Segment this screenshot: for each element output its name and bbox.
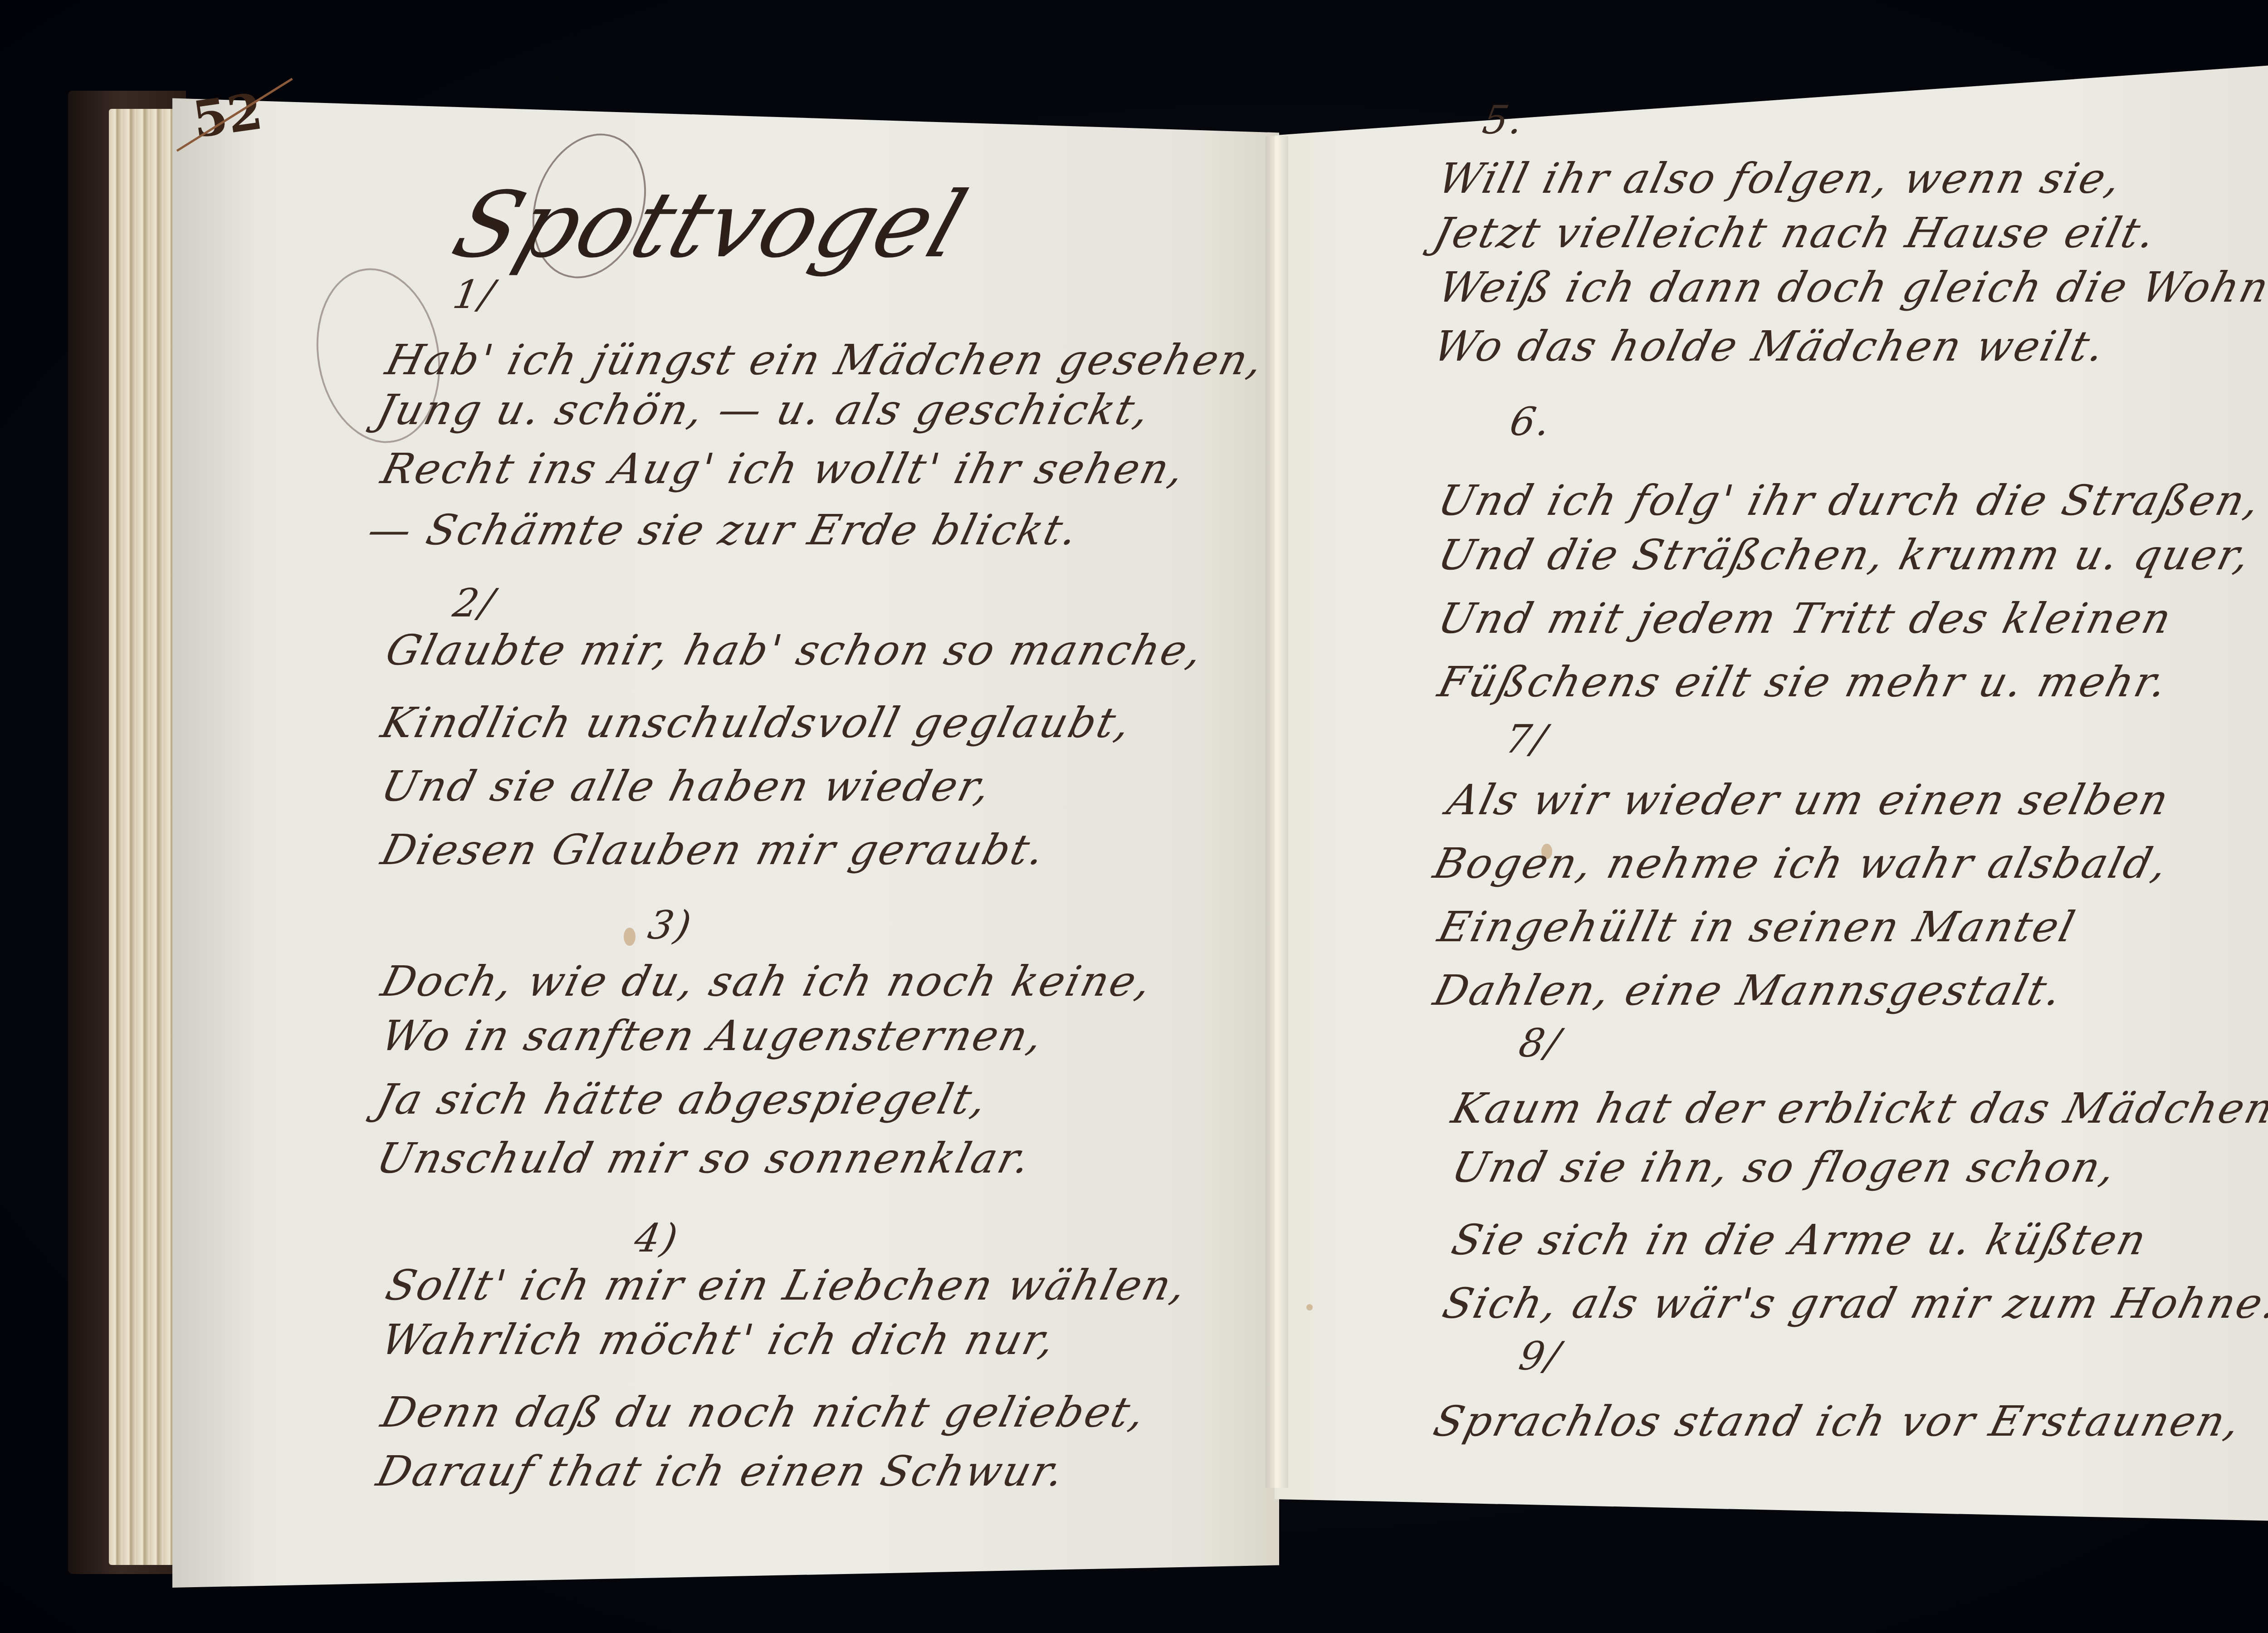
- stanza-marker: 3): [645, 903, 696, 948]
- verse-line: Füßchens eilt sie mehr u. mehr.: [1433, 658, 2174, 706]
- verse-line: Sich, als wär's grad mir zum Hohne.: [1438, 1279, 2268, 1328]
- verse-line: Jetzt vielleicht nach Hause eilt.: [1429, 209, 2162, 257]
- verse-line: Kindlich unschuldsvoll geglaubt,: [376, 699, 1137, 747]
- verse-line: Doch, wie du, sah ich noch keine,: [376, 957, 1158, 1006]
- verse-line: Sie sich in die Arme u. küßten: [1447, 1216, 2153, 1264]
- verse-line: Ja sich hätte abgespiegelt,: [372, 1075, 993, 1124]
- poem-title: Spottvogel: [441, 172, 979, 278]
- verse-line: Eingehüllt in seinen Mantel: [1433, 903, 2081, 951]
- verse-line: Diesen Glauben mir geraubt.: [376, 826, 1051, 874]
- verse-line: Wo das holde Mädchen weilt.: [1429, 322, 2111, 371]
- verse-line: Glaubte mir, hab' schon so manche,: [381, 626, 1209, 675]
- stanza-marker: 1/: [450, 272, 499, 318]
- page-number-left: 52: [189, 82, 266, 149]
- verse-line: Denn daß du noch nicht geliebet,: [376, 1388, 1152, 1437]
- verse-line: Darauf that ich einen Schwur.: [372, 1447, 1070, 1496]
- verse-line: — Schämte sie zur Erde blickt.: [363, 506, 1085, 554]
- verse-line: Dahlen, eine Mannsgestalt.: [1429, 966, 2068, 1015]
- stanza-marker: 2/: [450, 581, 499, 626]
- verse-line: Hab' ich jüngst ein Mädchen gesehen,: [381, 336, 1270, 384]
- verse-line: Will ihr also folgen, wenn sie,: [1433, 154, 2127, 203]
- verse-line: Bogen, nehme ich wahr alsbald,: [1429, 839, 2174, 888]
- stanza-marker: 9/: [1515, 1334, 1565, 1379]
- foxing-spot: [1306, 1304, 1313, 1310]
- verse-line: Und sie alle haben wieder,: [376, 762, 997, 811]
- verse-line: Und sie ihn, so flogen schon,: [1447, 1143, 2122, 1192]
- verse-line: Und mit jedem Tritt des kleinen: [1433, 594, 2178, 643]
- verse-line: Wo in sanften Augensternen,: [376, 1012, 1050, 1060]
- verse-line: Kaum hat der erblickt das Mädchen,: [1447, 1084, 2268, 1133]
- verse-line: Sprachlos stand ich vor Erstaunen,: [1429, 1397, 2247, 1446]
- verse-line: Recht ins Aug' ich wollt' ihr sehen,: [376, 445, 1191, 493]
- verse-line: Weiß ich dann doch gleich die Wohnung: [1433, 263, 2268, 312]
- page-stack-left: [109, 109, 181, 1565]
- verse-line: Wahrlich möcht' ich dich nur,: [376, 1315, 1062, 1364]
- stanza-marker: 7/: [1502, 717, 1551, 762]
- verse-line: Und ich folg' ihr durch die Straßen,: [1433, 476, 2267, 525]
- foxing-spot: [624, 928, 635, 946]
- verse-line: Und die Sträßchen, krumm u. quer,: [1433, 531, 2257, 579]
- stanza-marker: 8/: [1515, 1021, 1565, 1066]
- verse-line: Als wir wieder um einen selben: [1442, 776, 2175, 824]
- verse-line: Jung u. schön, — u. als geschickt,: [372, 386, 1156, 434]
- stanza-marker: 6.: [1506, 399, 1555, 445]
- stanza-marker: 5.: [1479, 98, 1528, 143]
- stanza-marker: 4): [631, 1216, 683, 1261]
- verse-line: Unschuld mir so sonnenklar.: [372, 1134, 1037, 1183]
- verse-line: Sollt' ich mir ein Liebchen wählen,: [381, 1261, 1193, 1310]
